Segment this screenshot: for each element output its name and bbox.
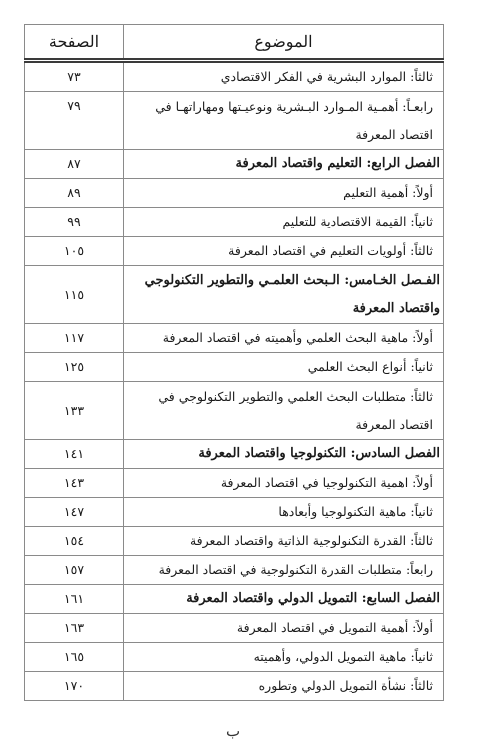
toc-page-number: ١٦٣	[25, 614, 124, 643]
toc-page-number: ٧٣	[25, 61, 124, 92]
table-row: ثالثاً: الموارد البشرية في الفكر الاقتصا…	[25, 61, 444, 92]
table-row: أولاً: ماهية البحث العلمي وأهميته في اقت…	[25, 324, 444, 353]
toc-page-number: ١٤١	[25, 440, 124, 469]
toc-page-number: ٨٩	[25, 179, 124, 208]
table-row: ثالثاً: متطلبات البحث العلمي والتطوير ال…	[25, 382, 444, 440]
toc-page-number: ١٢٥	[25, 353, 124, 382]
toc-chapter-title: الفصل السادس: التكنولوجيا واقتصاد المعرف…	[124, 440, 444, 469]
toc-topic: ثالثاً: أولويات التعليم في اقتصاد المعرف…	[124, 237, 444, 266]
table-row: ثانياً: ماهية التكنولوجيا وأبعادها ١٤٧	[25, 498, 444, 527]
toc-page-number: ١٦٥	[25, 643, 124, 672]
table-row: أولاً: أهمية التعليم ٨٩	[25, 179, 444, 208]
table-of-contents: الموضوع الصفحة ثالثاً: الموارد البشرية ف…	[24, 24, 444, 701]
toc-topic: ثانياً: ماهية التكنولوجيا وأبعادها	[124, 498, 444, 527]
toc-page-number: ٧٩	[25, 92, 124, 150]
toc-topic: أولاً: اهمية التكنولوجيا في اقتصاد المعر…	[124, 469, 444, 498]
toc-topic: رابعـاً: أهمـية المـوارد البـشرية ونوعيـ…	[124, 92, 444, 150]
table-row: ثالثاً: نشأة التمويل الدولي وتطوره ١٧٠	[25, 672, 444, 701]
table-row: ثانياً: ماهية التمويل الدولي، وأهميته ١٦…	[25, 643, 444, 672]
table-row-chapter: الفصل السادس: التكنولوجيا واقتصاد المعرف…	[25, 440, 444, 469]
table-row: ثالثاً: أولويات التعليم في اقتصاد المعرف…	[25, 237, 444, 266]
table-row: أولاً: اهمية التكنولوجيا في اقتصاد المعر…	[25, 469, 444, 498]
toc-page-number: ١٧٠	[25, 672, 124, 701]
page-number-letter: ب	[0, 722, 466, 740]
table-row: ثانياً: أنواع البحث العلمي ١٢٥	[25, 353, 444, 382]
table-row-chapter: الفصل السابع: التمويل الدولي واقتصاد الم…	[25, 585, 444, 614]
toc-chapter-title: الفصل الرابع: التعليم واقتصاد المعرفة	[124, 150, 444, 179]
table-row: رابعـاً: أهمـية المـوارد البـشرية ونوعيـ…	[25, 92, 444, 150]
table-row: ثانياً: القيمة الاقتصادية للتعليم ٩٩	[25, 208, 444, 237]
toc-topic: ثانياً: أنواع البحث العلمي	[124, 353, 444, 382]
toc-page-number: ١٥٧	[25, 556, 124, 585]
toc-page-number: ١١٧	[25, 324, 124, 353]
toc-topic: أولاً: ماهية البحث العلمي وأهميته في اقت…	[124, 324, 444, 353]
toc-page-number: ١٠٥	[25, 237, 124, 266]
toc-chapter-title: الفصل السابع: التمويل الدولي واقتصاد الم…	[124, 585, 444, 614]
column-header-page: الصفحة	[25, 25, 124, 61]
toc-page-number: ٩٩	[25, 208, 124, 237]
toc-chapter-title: الفـصل الخـامس: الـبحث العلمـي والتطوير …	[124, 266, 444, 324]
table-row-chapter: الفـصل الخـامس: الـبحث العلمـي والتطوير …	[25, 266, 444, 324]
table-row: رابعاً: متطلبات القدرة التكنولوجية في اق…	[25, 556, 444, 585]
toc-topic: ثالثاً: القدرة التكنولوجية الذاتية واقتص…	[124, 527, 444, 556]
toc-page-number: ١٥٤	[25, 527, 124, 556]
toc-topic: ثالثاً: الموارد البشرية في الفكر الاقتصا…	[124, 61, 444, 92]
toc-page-number: ١١٥	[25, 266, 124, 324]
toc-topic: أولاً: أهمية التمويل في اقتصاد المعرفة	[124, 614, 444, 643]
toc-topic: رابعاً: متطلبات القدرة التكنولوجية في اق…	[124, 556, 444, 585]
column-header-topic: الموضوع	[124, 25, 444, 61]
toc-topic: ثانياً: ماهية التمويل الدولي، وأهميته	[124, 643, 444, 672]
toc-page-number: ٨٧	[25, 150, 124, 179]
toc-page-number: ١٣٣	[25, 382, 124, 440]
toc-topic: ثانياً: القيمة الاقتصادية للتعليم	[124, 208, 444, 237]
toc-topic: ثالثاً: متطلبات البحث العلمي والتطوير ال…	[124, 382, 444, 440]
toc-page-number: ١٦١	[25, 585, 124, 614]
toc-page-number: ١٤٣	[25, 469, 124, 498]
table-header-row: الموضوع الصفحة	[25, 25, 444, 61]
table-row: ثالثاً: القدرة التكنولوجية الذاتية واقتص…	[25, 527, 444, 556]
toc-topic: أولاً: أهمية التعليم	[124, 179, 444, 208]
toc-page-number: ١٤٧	[25, 498, 124, 527]
table-row: أولاً: أهمية التمويل في اقتصاد المعرفة ١…	[25, 614, 444, 643]
toc-topic: ثالثاً: نشأة التمويل الدولي وتطوره	[124, 672, 444, 701]
table-row-chapter: الفصل الرابع: التعليم واقتصاد المعرفة ٨٧	[25, 150, 444, 179]
